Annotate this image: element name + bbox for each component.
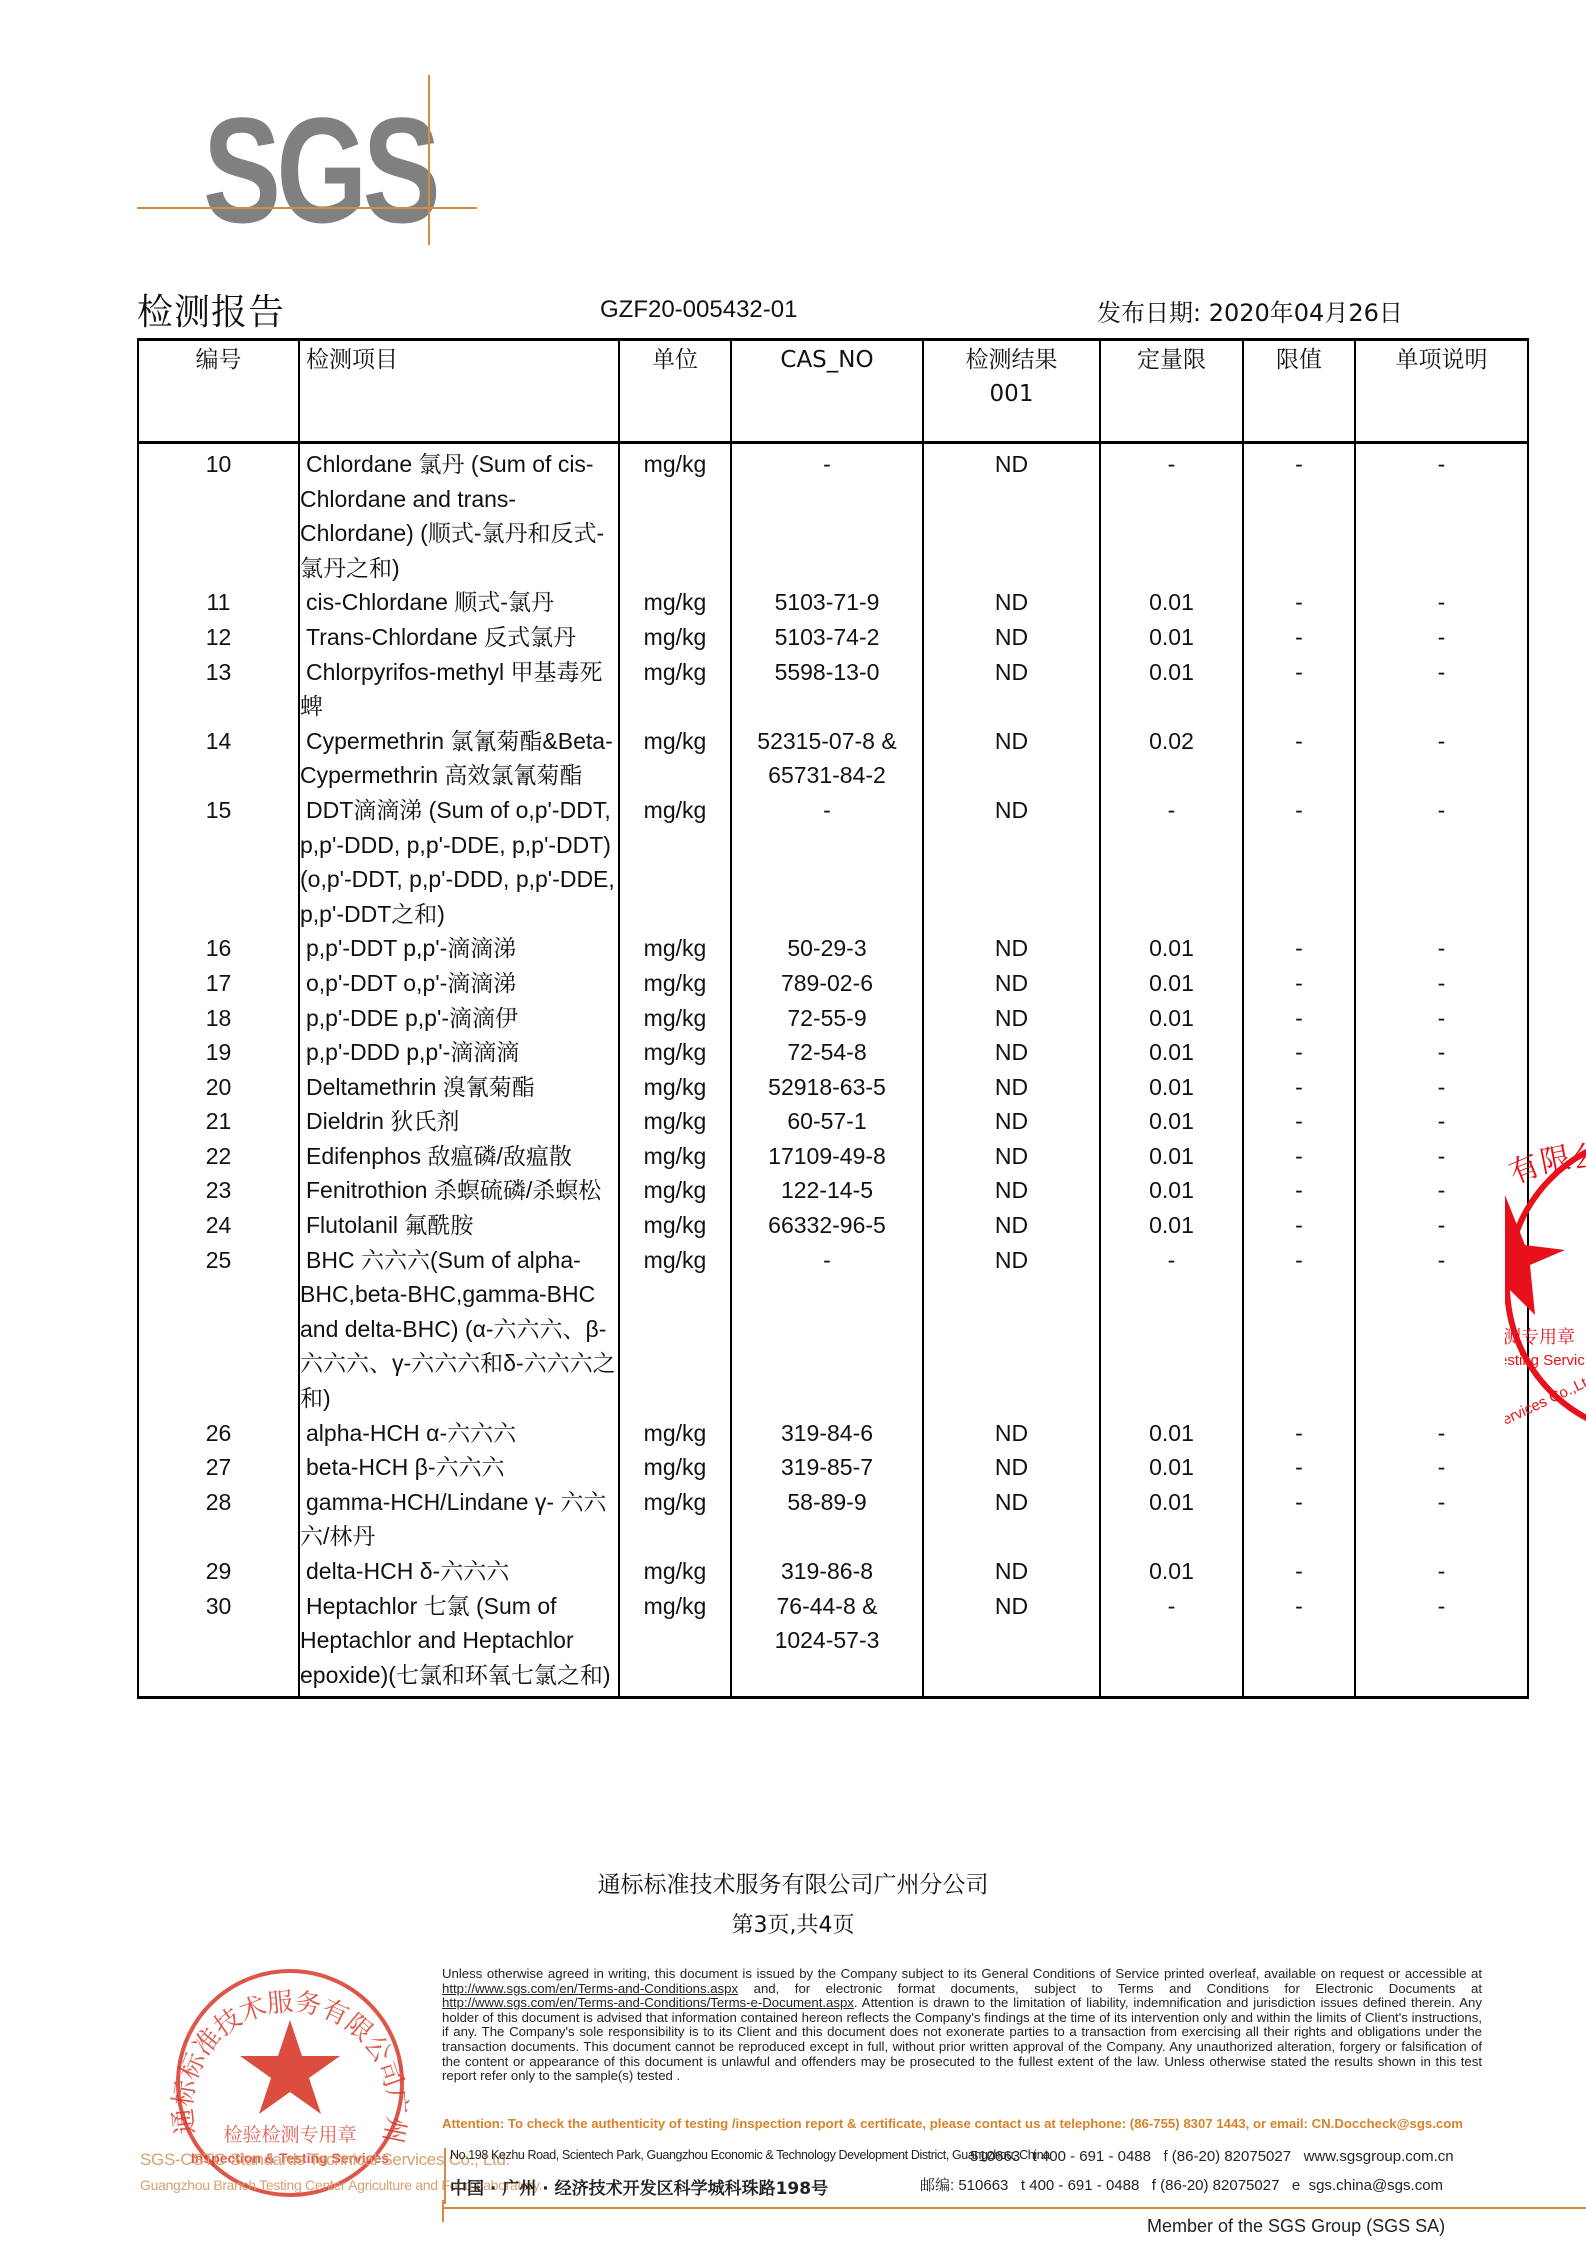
cell-result: ND xyxy=(923,1450,1100,1485)
cell-note: - xyxy=(1355,1208,1528,1243)
cell-result: ND xyxy=(923,655,1100,724)
cell-no: 21 xyxy=(138,1104,299,1139)
cell-item: p,p'-DDT p,p'-滴滴涕 xyxy=(299,931,619,966)
table-row: 19p,p'-DDD p,p'-滴滴滴mg/kg72-54-8ND0.01-- xyxy=(138,1035,1528,1070)
cell-note: - xyxy=(1355,1416,1528,1451)
table-row: 20Deltamethrin 溴氰菊酯mg/kg52918-63-5ND0.01… xyxy=(138,1070,1528,1105)
table-row: 17o,p'-DDT o,p'-滴滴涕mg/kg789-02-6ND0.01-- xyxy=(138,966,1528,1001)
table-row: 16p,p'-DDT p,p'-滴滴涕mg/kg50-29-3ND0.01-- xyxy=(138,931,1528,966)
cell-limit: - xyxy=(1243,585,1355,620)
sgs-logo-text: SGS xyxy=(203,75,436,265)
col-header-unit: 单位 xyxy=(619,340,731,443)
table-row: 22Edifenphos 敌瘟磷/敌瘟散mg/kg17109-49-8ND0.0… xyxy=(138,1139,1528,1174)
col-header-loq: 定量限 xyxy=(1100,340,1243,443)
cell-item: Heptachlor 七氯 (Sum of Heptachlor and Hep… xyxy=(299,1589,619,1698)
cell-loq: - xyxy=(1100,793,1243,931)
cell-loq: 0.01 xyxy=(1100,1208,1243,1243)
cell-note: - xyxy=(1355,1485,1528,1554)
cell-result: ND xyxy=(923,1104,1100,1139)
col-header-item: 检测项目 xyxy=(299,340,619,443)
cell-result: ND xyxy=(923,620,1100,655)
cell-result: ND xyxy=(923,724,1100,793)
cell-note: - xyxy=(1355,1243,1528,1416)
cell-cas: - xyxy=(731,1243,923,1416)
cell-cas: 5598-13-0 xyxy=(731,655,923,724)
cell-result: ND xyxy=(923,1070,1100,1105)
cell-limit: - xyxy=(1243,1208,1355,1243)
report-number: GZF20-005432-01 xyxy=(600,296,797,324)
cell-cas: 58-89-9 xyxy=(731,1485,923,1554)
cell-cas: 52315-07-8 & 65731-84-2 xyxy=(731,724,923,793)
cell-unit: mg/kg xyxy=(619,447,731,585)
cell-limit: - xyxy=(1243,447,1355,585)
cell-loq: 0.02 xyxy=(1100,724,1243,793)
cell-item: Flutolanil 氟酰胺 xyxy=(299,1208,619,1243)
cell-note: - xyxy=(1355,447,1528,585)
cell-no: 14 xyxy=(138,724,299,793)
cell-note: - xyxy=(1355,1001,1528,1036)
cell-loq: 0.01 xyxy=(1100,585,1243,620)
cell-no: 17 xyxy=(138,966,299,1001)
cell-loq: - xyxy=(1100,447,1243,585)
cell-item: Trans-Chlordane 反式氯丹 xyxy=(299,620,619,655)
cell-note: - xyxy=(1355,620,1528,655)
table-row: 29delta-HCH δ-六六六mg/kg319-86-8ND0.01-- xyxy=(138,1554,1528,1589)
cell-limit: - xyxy=(1243,655,1355,724)
cell-limit: - xyxy=(1243,966,1355,1001)
table-row: 15DDT滴滴涕 (Sum of o,p'-DDT, p,p'-DDD, p,p… xyxy=(138,793,1528,931)
table-row: 30Heptachlor 七氯 (Sum of Heptachlor and H… xyxy=(138,1589,1528,1698)
cell-unit: mg/kg xyxy=(619,585,731,620)
cell-result: ND xyxy=(923,1243,1100,1416)
cell-limit: - xyxy=(1243,1001,1355,1036)
cell-unit: mg/kg xyxy=(619,655,731,724)
cell-result: ND xyxy=(923,1139,1100,1174)
cell-loq: 0.01 xyxy=(1100,1173,1243,1208)
cell-limit: - xyxy=(1243,793,1355,931)
cell-limit: - xyxy=(1243,1173,1355,1208)
report-title: 检测报告 xyxy=(137,284,285,335)
cell-item: gamma-HCH/Lindane γ- 六六六/林丹 xyxy=(299,1485,619,1554)
cell-no: 29 xyxy=(138,1554,299,1589)
company-name: 通标标准技术服务有限公司广州分公司 xyxy=(0,1866,1586,1899)
logo-rule-horizontal xyxy=(137,207,477,209)
cell-result: ND xyxy=(923,966,1100,1001)
cell-loq: 0.01 xyxy=(1100,931,1243,966)
cell-cas: 17109-49-8 xyxy=(731,1139,923,1174)
inspection-stamp-right: 有限公司 测专用章 esting Servic ervices Co.,Ltd. xyxy=(1505,1125,1586,1445)
cell-unit: mg/kg xyxy=(619,1589,731,1698)
cell-no: 12 xyxy=(138,620,299,655)
cell-cas: 76-44-8 & 1024-57-3 xyxy=(731,1589,923,1698)
footer-rule-tick xyxy=(442,2200,444,2222)
table-row: 27beta-HCH β-六六六mg/kg319-85-7ND0.01-- xyxy=(138,1450,1528,1485)
sgs-logo: SGS xyxy=(137,75,477,245)
cell-cas: 52918-63-5 xyxy=(731,1070,923,1105)
cell-loq: 0.01 xyxy=(1100,1035,1243,1070)
cell-item: delta-HCH δ-六六六 xyxy=(299,1554,619,1589)
cell-unit: mg/kg xyxy=(619,1035,731,1070)
cell-item: BHC 六六六(Sum of alpha-BHC,beta-BHC,gamma-… xyxy=(299,1243,619,1416)
cell-note: - xyxy=(1355,1070,1528,1105)
cell-note: - xyxy=(1355,1104,1528,1139)
cell-result: ND xyxy=(923,1001,1100,1036)
legal-disclaimer: Unless otherwise agreed in writing, this… xyxy=(442,1967,1482,2084)
cell-note: - xyxy=(1355,655,1528,724)
cell-limit: - xyxy=(1243,931,1355,966)
table-row: 25BHC 六六六(Sum of alpha-BHC,beta-BHC,gamm… xyxy=(138,1243,1528,1416)
cell-note: - xyxy=(1355,724,1528,793)
cell-item: p,p'-DDD p,p'-滴滴滴 xyxy=(299,1035,619,1070)
contact-english: 510663 t 400 - 691 - 0488 f (86-20) 8207… xyxy=(970,2148,1454,2165)
cell-limit: - xyxy=(1243,620,1355,655)
cell-no: 16 xyxy=(138,931,299,966)
cell-item: beta-HCH β-六六六 xyxy=(299,1450,619,1485)
cell-no: 19 xyxy=(138,1035,299,1070)
cell-limit: - xyxy=(1243,724,1355,793)
issue-date: 发布日期: 2020年04月26日 xyxy=(1097,293,1403,328)
cell-item: Edifenphos 敌瘟磷/敌瘟散 xyxy=(299,1139,619,1174)
table-body: 10Chlordane 氯丹 (Sum of cis-Chlordane and… xyxy=(138,443,1528,1698)
address-accent-bar xyxy=(444,2148,446,2204)
cell-cas: 319-84-6 xyxy=(731,1416,923,1451)
cell-no: 20 xyxy=(138,1070,299,1105)
e-document-terms-link[interactable]: http://www.sgs.com/en/Terms-and-Conditio… xyxy=(442,1995,854,2010)
cell-no: 15 xyxy=(138,793,299,931)
cell-no: 23 xyxy=(138,1173,299,1208)
cell-result: ND xyxy=(923,1035,1100,1070)
cell-unit: mg/kg xyxy=(619,1104,731,1139)
cell-limit: - xyxy=(1243,1104,1355,1139)
cell-no: 10 xyxy=(138,447,299,585)
table-row: 10Chlordane 氯丹 (Sum of cis-Chlordane and… xyxy=(138,447,1528,585)
cell-unit: mg/kg xyxy=(619,724,731,793)
cell-item: Chlordane 氯丹 (Sum of cis-Chlordane and t… xyxy=(299,447,619,585)
cell-no: 22 xyxy=(138,1139,299,1174)
cell-cas: 122-14-5 xyxy=(731,1173,923,1208)
cell-result: ND xyxy=(923,1589,1100,1698)
cell-unit: mg/kg xyxy=(619,931,731,966)
cell-cas: 50-29-3 xyxy=(731,931,923,966)
cell-loq: 0.01 xyxy=(1100,1554,1243,1589)
contact-chinese: 邮编: 510663 t 400 - 691 - 0488 f (86-20) … xyxy=(920,2174,1443,2195)
cell-item: Fenitrothion 杀螟硫磷/杀螟松 xyxy=(299,1173,619,1208)
col-header-no: 编号 xyxy=(138,340,299,443)
cell-limit: - xyxy=(1243,1243,1355,1416)
results-table: 编号 检测项目 单位 CAS_NO 检测结果 001 定量限 限值 单项说明 1… xyxy=(137,338,1527,1699)
cell-item: Dieldrin 狄氏剂 xyxy=(299,1104,619,1139)
page-number: 第3页,共4页 xyxy=(0,1908,1586,1939)
cell-note: - xyxy=(1355,793,1528,931)
cell-result: ND xyxy=(923,447,1100,585)
cell-limit: - xyxy=(1243,1139,1355,1174)
cell-cas: 72-54-8 xyxy=(731,1035,923,1070)
cell-limit: - xyxy=(1243,1416,1355,1451)
cell-loq: - xyxy=(1100,1589,1243,1698)
svg-text:测专用章: 测专用章 xyxy=(1505,1327,1575,1348)
cell-no: 25 xyxy=(138,1243,299,1416)
cell-cas: - xyxy=(731,793,923,931)
cell-cas: 789-02-6 xyxy=(731,966,923,1001)
cell-result: ND xyxy=(923,1485,1100,1554)
table-row: 14Cypermethrin 氯氰菊酯&Beta-Cypermethrin 高效… xyxy=(138,724,1528,793)
cell-limit: - xyxy=(1243,1485,1355,1554)
cell-no: 30 xyxy=(138,1589,299,1698)
cell-result: ND xyxy=(923,585,1100,620)
cell-item: Chlorpyrifos-methyl 甲基毒死蜱 xyxy=(299,655,619,724)
cell-no: 26 xyxy=(138,1416,299,1451)
cell-note: - xyxy=(1355,931,1528,966)
star-icon xyxy=(240,2020,340,2114)
address-chinese: 中国 · 广州 · 经济技术开发区科学城科珠路198号 xyxy=(450,2174,828,2199)
table-row: 23Fenitrothion 杀螟硫磷/杀螟松mg/kg122-14-5ND0.… xyxy=(138,1173,1528,1208)
cell-unit: mg/kg xyxy=(619,1416,731,1451)
cell-loq: - xyxy=(1100,1243,1243,1416)
table-row: 26alpha-HCH α-六六六mg/kg319-84-6ND0.01-- xyxy=(138,1416,1528,1451)
cell-note: - xyxy=(1355,1139,1528,1174)
cell-note: - xyxy=(1355,585,1528,620)
cell-note: - xyxy=(1355,966,1528,1001)
col-header-note: 单项说明 xyxy=(1355,340,1528,443)
cell-no: 27 xyxy=(138,1450,299,1485)
table-row: 11cis-Chlordane 顺式-氯丹mg/kg5103-71-9ND0.0… xyxy=(138,585,1528,620)
cell-limit: - xyxy=(1243,1589,1355,1698)
cell-result: ND xyxy=(923,1208,1100,1243)
cell-limit: - xyxy=(1243,1554,1355,1589)
cell-loq: 0.01 xyxy=(1100,1139,1243,1174)
cell-no: 11 xyxy=(138,585,299,620)
cell-no: 13 xyxy=(138,655,299,724)
cell-loq: 0.01 xyxy=(1100,966,1243,1001)
cell-loq: 0.01 xyxy=(1100,655,1243,724)
cell-limit: - xyxy=(1243,1070,1355,1105)
cell-unit: mg/kg xyxy=(619,620,731,655)
cell-limit: - xyxy=(1243,1450,1355,1485)
cell-unit: mg/kg xyxy=(619,1243,731,1416)
cell-no: 28 xyxy=(138,1485,299,1554)
cell-item: Cypermethrin 氯氰菊酯&Beta-Cypermethrin 高效氯氰… xyxy=(299,724,619,793)
footer-rule xyxy=(442,2207,1586,2209)
cell-loq: 0.01 xyxy=(1100,1104,1243,1139)
cell-note: - xyxy=(1355,1589,1528,1698)
cell-cas: 319-86-8 xyxy=(731,1554,923,1589)
table-row: 28gamma-HCH/Lindane γ- 六六六/林丹mg/kg58-89-… xyxy=(138,1485,1528,1554)
table-header-row: 编号 检测项目 单位 CAS_NO 检测结果 001 定量限 限值 单项说明 xyxy=(138,340,1528,443)
cell-unit: mg/kg xyxy=(619,1070,731,1105)
authenticity-notice: Attention: To check the authenticity of … xyxy=(442,2117,1482,2132)
cell-result: ND xyxy=(923,793,1100,931)
table-row: 12Trans-Chlordane 反式氯丹mg/kg5103-74-2ND0.… xyxy=(138,620,1528,655)
cell-loq: 0.01 xyxy=(1100,1485,1243,1554)
inspection-stamp-left: 通标标准技术服务有限公司广州分公司 检验检测专用章 Inspection & T… xyxy=(140,1958,440,2208)
cell-note: - xyxy=(1355,1450,1528,1485)
table-row: 24Flutolanil 氟酰胺mg/kg66332-96-5ND0.01-- xyxy=(138,1208,1528,1243)
cell-cas: 5103-74-2 xyxy=(731,620,923,655)
cell-unit: mg/kg xyxy=(619,793,731,931)
cell-unit: mg/kg xyxy=(619,966,731,1001)
cell-unit: mg/kg xyxy=(619,1139,731,1174)
cell-item: Deltamethrin 溴氰菊酯 xyxy=(299,1070,619,1105)
cell-no: 18 xyxy=(138,1001,299,1036)
cell-result: ND xyxy=(923,1554,1100,1589)
cell-unit: mg/kg xyxy=(619,1450,731,1485)
cell-no: 24 xyxy=(138,1208,299,1243)
table-row: 18p,p'-DDE p,p'-滴滴伊mg/kg72-55-9ND0.01-- xyxy=(138,1001,1528,1036)
cell-loq: 0.01 xyxy=(1100,1070,1243,1105)
cell-item: o,p'-DDT o,p'-滴滴涕 xyxy=(299,966,619,1001)
cell-result: ND xyxy=(923,1416,1100,1451)
cell-loq: 0.01 xyxy=(1100,620,1243,655)
svg-text:检验检测专用章: 检验检测专用章 xyxy=(223,2124,356,2146)
cell-unit: mg/kg xyxy=(619,1001,731,1036)
col-header-cas: CAS_NO xyxy=(731,340,923,443)
col-header-limit: 限值 xyxy=(1243,340,1355,443)
cell-item: cis-Chlordane 顺式-氯丹 xyxy=(299,585,619,620)
cell-result: ND xyxy=(923,1173,1100,1208)
cell-unit: mg/kg xyxy=(619,1554,731,1589)
cell-cas: 319-85-7 xyxy=(731,1450,923,1485)
cell-note: - xyxy=(1355,1173,1528,1208)
svg-text:ervices Co.,Ltd.: ervices Co.,Ltd. xyxy=(1505,1369,1586,1428)
address-english: No.198 Kezhu Road, Scientech Park, Guang… xyxy=(450,2148,1050,2162)
cell-loq: 0.01 xyxy=(1100,1001,1243,1036)
table-row: 13Chlorpyrifos-methyl 甲基毒死蜱mg/kg5598-13-… xyxy=(138,655,1528,724)
cell-cas: 5103-71-9 xyxy=(731,585,923,620)
table-row: 21Dieldrin 狄氏剂mg/kg60-57-1ND0.01-- xyxy=(138,1104,1528,1139)
cell-result: ND xyxy=(923,931,1100,966)
cell-cas: - xyxy=(731,447,923,585)
cell-limit: - xyxy=(1243,1035,1355,1070)
cell-cas: 60-57-1 xyxy=(731,1104,923,1139)
cell-cas: 66332-96-5 xyxy=(731,1208,923,1243)
cell-loq: 0.01 xyxy=(1100,1450,1243,1485)
cell-item: DDT滴滴涕 (Sum of o,p'-DDT, p,p'-DDD, p,p'-… xyxy=(299,793,619,931)
cell-cas: 72-55-9 xyxy=(731,1001,923,1036)
cell-unit: mg/kg xyxy=(619,1173,731,1208)
svg-text:esting Servic: esting Servic xyxy=(1505,1352,1585,1369)
cell-unit: mg/kg xyxy=(619,1208,731,1243)
terms-link[interactable]: http://www.sgs.com/en/Terms-and-Conditio… xyxy=(442,1981,738,1996)
cell-loq: 0.01 xyxy=(1100,1416,1243,1451)
sgs-member-note: Member of the SGS Group (SGS SA) xyxy=(1147,2216,1445,2237)
cell-note: - xyxy=(1355,1554,1528,1589)
logo-rule-vertical xyxy=(428,75,430,245)
cell-unit: mg/kg xyxy=(619,1485,731,1554)
cell-note: - xyxy=(1355,1035,1528,1070)
star-icon xyxy=(1505,1195,1565,1315)
col-header-result: 检测结果 001 xyxy=(923,340,1100,443)
cell-item: p,p'-DDE p,p'-滴滴伊 xyxy=(299,1001,619,1036)
cell-item: alpha-HCH α-六六六 xyxy=(299,1416,619,1451)
